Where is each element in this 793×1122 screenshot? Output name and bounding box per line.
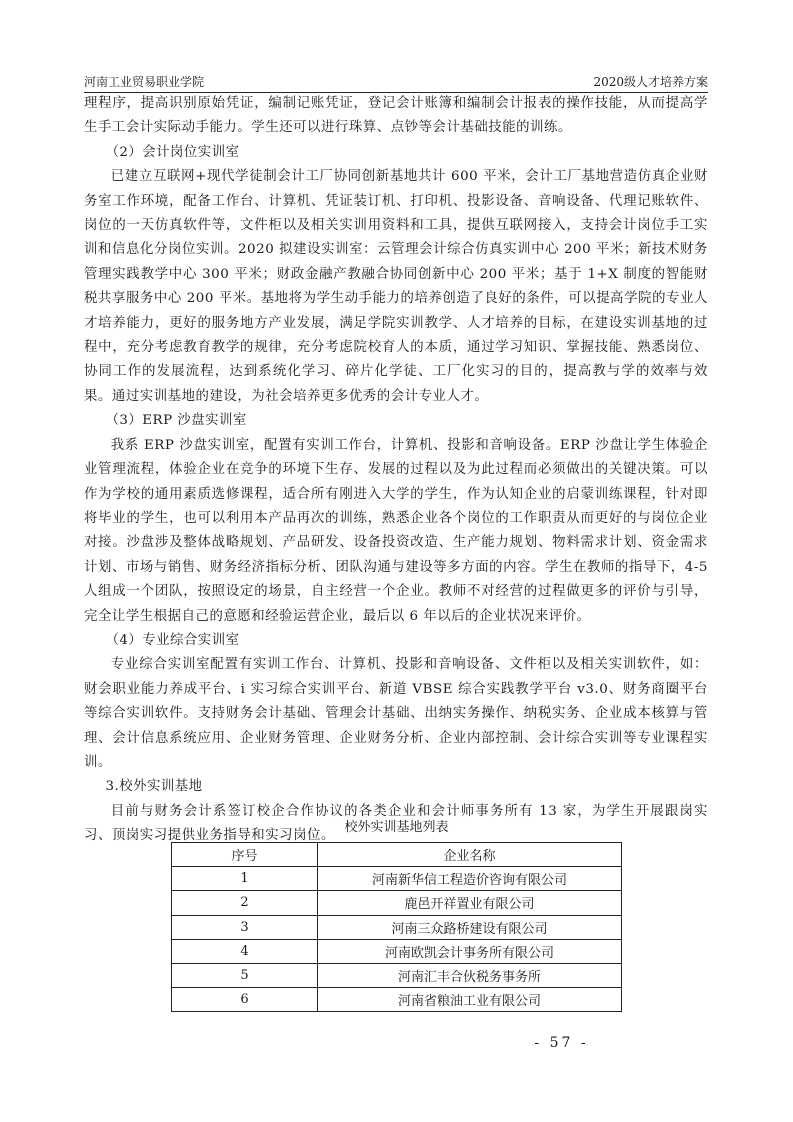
page-number: - 57 - [534,1035,588,1051]
section-heading-offcampus-base: 3.校外实训基地 [84,775,708,799]
body-text: 理程序，提高识别原始凭证，编制记账凭证，登记会计账簿和编制会计报表的操作技能，从… [84,92,708,849]
column-header-index: 序号 [172,843,318,867]
paragraph-comprehensive-lab: 专业综合实训室配置有实训工作台、计算机、投影和音响设备、文件柜以及相关实训软件，… [84,653,708,775]
cell-company: 河南省粮油工业有限公司 [318,988,622,1012]
cell-index: 4 [172,939,318,963]
table-row: 2 鹿邑开祥置业有限公司 [172,891,622,915]
section-heading-erp-lab: （3）ERP 沙盘实训室 [84,409,708,433]
cell-index: 3 [172,915,318,939]
cell-company: 河南新华信工程造价咨询有限公司 [318,867,622,891]
cell-index: 2 [172,891,318,915]
table-row: 6 河南省粮油工业有限公司 [172,988,622,1012]
cell-index: 1 [172,867,318,891]
table-row: 5 河南汇丰合伙税务事务所 [172,963,622,987]
column-header-company: 企业名称 [318,843,622,867]
cell-index: 6 [172,988,318,1012]
cell-company: 河南欧凯会计事务所有限公司 [318,939,622,963]
paragraph-erp-lab: 我系 ERP 沙盘实训室，配置有实训工作台，计算机、投影和音响设备。ERP 沙盘… [84,434,708,629]
paragraph-accounting-post-lab: 已建立互联网+现代学徒制会计工厂协同创新基地共计 600 平米，会计工厂基地营造… [84,165,708,409]
page-header: 河南工业贸易职业学院 2020级人才培养方案 [84,74,708,93]
table-caption: 校外实训基地列表 [171,819,622,837]
section-heading-accounting-post-lab: （2）会计岗位实训室 [84,141,708,165]
table-row: 3 河南三众路桥建设有限公司 [172,915,622,939]
paragraph-continued: 理程序，提高识别原始凭证，编制记账凭证，登记会计账簿和编制会计报表的操作技能，从… [84,92,708,141]
page-number-container: - 57 - [0,1035,793,1051]
section-heading-comprehensive-lab: （4）专业综合实训室 [84,629,708,653]
document-title: 2020级人才培养方案 [593,74,708,90]
cell-company: 河南汇丰合伙税务事务所 [318,963,622,987]
institution-name: 河南工业贸易职业学院 [84,74,204,90]
cell-index: 5 [172,963,318,987]
table-row: 4 河南欧凯会计事务所有限公司 [172,939,622,963]
cell-company: 河南三众路桥建设有限公司 [318,915,622,939]
offcampus-base-table: 序号 企业名称 1 河南新华信工程造价咨询有限公司 2 鹿邑开祥置业有限公司 3… [171,842,622,1012]
table-row: 1 河南新华信工程造价咨询有限公司 [172,867,622,891]
table-header-row: 序号 企业名称 [172,843,622,867]
cell-company: 鹿邑开祥置业有限公司 [318,891,622,915]
